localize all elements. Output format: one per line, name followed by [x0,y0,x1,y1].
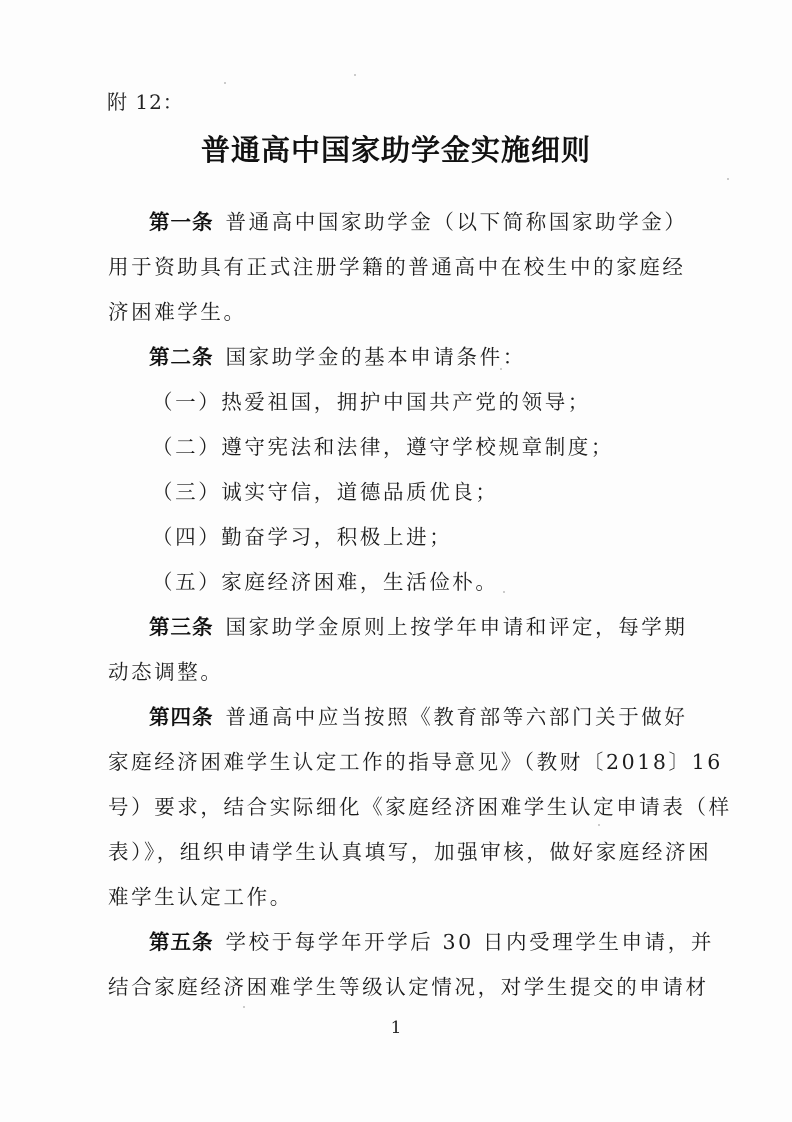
article-5-line-1: 第五条学校于每学年开学后 30 日内受理学生申请，并 [149,925,714,955]
scan-speck [500,368,502,370]
article-2-line-1: 第二条国家助学金的基本申请条件： [149,340,526,370]
article-5-text: 学校于每学年开学后 30 日内受理学生申请，并 [226,930,714,954]
article-4-text: 普通高中应当按照《教育部等六部门关于做好 [226,705,688,729]
article-3-line-1: 第三条国家助学金原则上按学年申请和评定，每学期 [149,610,688,640]
scan-speck [224,82,226,84]
article-4-number: 第四条 [149,705,214,729]
scan-speck [354,74,356,76]
scan-speck [598,824,600,826]
article-2-item-5: （五）家庭经济困难，生活俭朴。 [152,565,499,595]
article-1-line-2: 用于资助具有正式注册学籍的普通高中在校生中的家庭经 [108,250,686,280]
article-3-number: 第三条 [149,615,214,639]
article-4-line-1: 第四条普通高中应当按照《教育部等六部门关于做好 [149,700,688,730]
article-1-text: 普通高中国家助学金（以下简称国家助学金） [226,210,688,234]
article-2-item-1: （一）热爱祖国，拥护中国共产党的领导； [152,385,591,415]
scan-speck [727,178,729,180]
article-5-line-2: 结合家庭经济困难学生等级认定情况，对学生提交的申请材 [108,970,709,1000]
article-4-line-3: 号）要求，结合实际细化《家庭经济困难学生认定申请表（样 [108,790,732,820]
page-number: 1 [0,1018,792,1038]
article-3-line-2: 动态调整。 [108,655,224,685]
article-2-number: 第二条 [149,345,214,369]
article-4-line-4: 表）》，组织申请学生认真填写，加强审核，做好家庭经济困 [108,835,711,865]
article-1-number: 第一条 [149,210,214,234]
attachment-label: 附 12： [107,86,184,115]
article-4-line-2: 家庭经济困难学生认定工作的指导意见》（教财〔2018〕16 [108,745,723,775]
scan-speck [503,591,505,593]
document-page: 附 12： 普通高中国家助学金实施细则 第一条普通高中国家助学金（以下简称国家助… [0,0,792,1122]
article-5-number: 第五条 [149,930,214,954]
article-1-line-3: 济困难学生。 [108,295,247,325]
article-2-item-4: （四）勤奋学习，积极上进； [152,520,452,550]
article-2-item-2: （二）遵守宪法和法律，遵守学校规章制度； [152,430,614,460]
scan-speck [243,1006,245,1008]
article-1-line-1: 第一条普通高中国家助学金（以下简称国家助学金） [149,205,688,235]
article-3-text: 国家助学金原则上按学年申请和评定，每学期 [226,615,688,639]
article-2-text: 国家助学金的基本申请条件： [226,345,526,369]
article-4-line-5: 难学生认定工作。 [108,880,293,910]
document-title: 普通高中国家助学金实施细则 [0,128,792,169]
article-2-item-3: （三）诚实守信，道德品质优良； [152,475,499,505]
